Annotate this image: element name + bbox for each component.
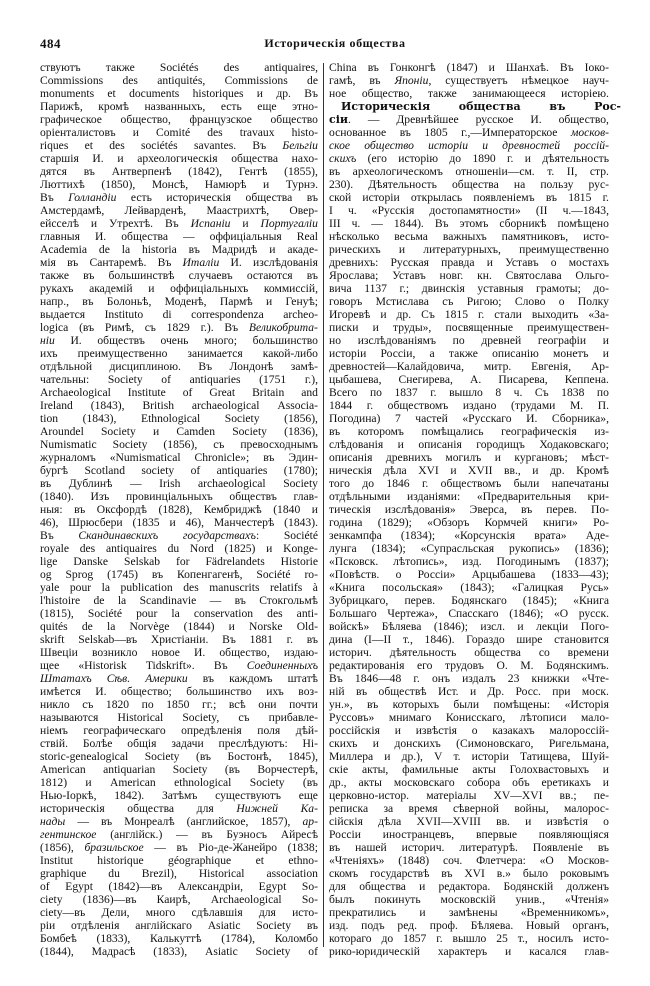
text-line: ейсселѣиУтрехтѣ.ВъИспаніииПортугаліи xyxy=(40,217,318,230)
text-line: «Чтеніяхъ»(1848)соч.Флетчера:«ОМосков- xyxy=(329,854,609,867)
text-line: tion(1843),EthnologicalSociety(1856), xyxy=(40,412,318,425)
text-line: историч.дѣятельностьобществасовремени xyxy=(329,646,609,659)
text-line: цыбашева,Снегирева,А.Писарева,Кеппена. xyxy=(329,373,609,386)
text-line: въкоторомъпомѣщалисьгеографическіяиз- xyxy=(329,425,609,438)
text-line: ніемъгеографическагоопредѣленіяполядѣй- xyxy=(40,724,318,737)
text-line: Амстердамѣ,Лейварденѣ,Маастрихтѣ,Овер- xyxy=(40,204,318,217)
text-line: дина(I—IIт.,1846).Гораздоширестановится xyxy=(329,633,609,646)
text-line: Ireland(1843),BritisharchaeologicalAssoc… xyxy=(40,399,318,412)
text-line: Игоревѣидр.Съ1815г.сталивыходить«За- xyxy=(329,308,609,321)
text-line: ciety(1836)—въКаирѣ,ArchaeologicalSo- xyxy=(40,893,318,906)
text-line: logica(въРимѣ,съ1829г.).ВъВеликобрита- xyxy=(40,321,318,334)
text-line: скойисторіиоткрыласьпоявленіемъвъ1815г. xyxy=(329,191,609,204)
text-line: ствій.Болѣеобщіязадачипреслѣдуютъ:Hi- xyxy=(40,737,318,750)
text-line: ВъСкандинавскихъгосударствахъ:Société xyxy=(40,529,318,542)
text-line: дляобществаиредактора.Бодянскійдолженъ xyxy=(329,880,609,893)
text-line: Instituthistoriquegéographiqueetethno- xyxy=(40,854,318,867)
text-line: скихъидонскихъ(Симоновскаго,Ригельмана, xyxy=(329,737,609,750)
text-line: скоеобществоисторіиидревностейроссій- xyxy=(329,139,609,152)
text-line: yalepourlapublicationdesmanuscritsrelati… xyxy=(40,581,318,594)
text-line: историческіяобществадляНижнейКа- xyxy=(40,802,318,815)
text-line: «Повѣств.оРоссіи»Арцыбашева(1833—43); xyxy=(329,568,609,581)
text-line: AroundelSocietyиCamdenSociety(1836), xyxy=(40,425,318,438)
text-line: Парижѣ,кромѣназванныхъ,естьещеэтно- xyxy=(40,100,318,113)
text-line: ArchaeologicalInstituteofGreatBritainand xyxy=(40,386,318,399)
text-line: древнихъ:РусскаяправдаиУставъомостахъ xyxy=(329,256,609,269)
text-line: Бомбеѣ(1833),Калькуттѣ(1784),Коломбо xyxy=(40,932,318,945)
text-line: чательны:Societyofantiquaries(1751г.), xyxy=(40,373,318,386)
text-line: въархеологическомъотношеніи—см.т.II,стр. xyxy=(329,165,609,178)
text-line: журналомъ«NumismaticalChronicle»;въЭдин- xyxy=(40,451,318,464)
text-line: сіи.—ДревнѣйшеерусскоеИ.общество, xyxy=(329,113,609,126)
text-line: называютсяHistoricalSociety,съприбавле- xyxy=(40,711,318,724)
text-line: БольшагоЧертежа»,Спасскаго(1846);«Орусск… xyxy=(329,607,609,620)
text-line: ун.»,въкоторыхъбылипомѣщены:«Исторія xyxy=(329,698,609,711)
text-line: ріиотдѣленіяанглійскагоAsiaticSocietyвъ xyxy=(40,919,318,932)
text-line: 230).Дѣятельностьобществанапользурус- xyxy=(329,178,609,191)
text-line: Ярослава;Уставъновг.кн.СвятославаОльго- xyxy=(329,269,609,282)
text-line: тогодо1846г.обществомъбылинапечатаны xyxy=(329,477,609,490)
text-line: Iч.«Русскіядостопамятности»(IIч.—1843, xyxy=(329,204,609,217)
text-line: оріенталистовъиComitédestravauxhisto- xyxy=(40,126,318,139)
text-line: Зубрицкаго,перев.Бодянскаго(1845);«Книга xyxy=(329,594,609,607)
text-line: (1815),Sociétépourlaconservationdesanti- xyxy=(40,607,318,620)
text-line: AcademiadelahistoriaвъМадридѣиакаде- xyxy=(40,243,318,256)
text-line: graphiqueduBrezil),Historicalassociation xyxy=(40,867,318,880)
text-line: напр.,въБолоньѣ,Моденѣ,ПармѣиГенуѣ; xyxy=(40,295,318,308)
text-line: слѣдованіяиописаніягородищъХодаковскаго; xyxy=(329,438,609,451)
text-line: древностей—Калайдовича,митр.Евгенія,Ар- xyxy=(329,360,609,373)
text-line: ofEgypt(1842)—въАлександріи,EgyptSo- xyxy=(40,880,318,893)
text-line: storic-genealogicalSociety(въБостонѣ,184… xyxy=(40,750,318,763)
text-line: гамѣ,въЯпоніи,существуетънѣмецкоенауч- xyxy=(329,74,609,87)
running-title: Историческія общества xyxy=(0,36,650,51)
text-line: skriftSelskab—въХристіаніи.Въ1881г.въ xyxy=(40,633,318,646)
text-line: IIIч.—1844).Въэтомъсборникѣпомѣщено xyxy=(329,217,609,230)
text-line: говоръМстиславасъРигою;СловооПолку xyxy=(329,295,609,308)
text-line: l'histoiredelaScandinavie—въСтокгольмѣ xyxy=(40,594,318,607)
text-line: 1812)иAmericanethnologicalSociety(въ xyxy=(40,776,318,789)
text-line: имѣетсяИ.общество;большинствоихъвоз- xyxy=(40,685,318,698)
text-line: Нью-Іоркѣ,1842).Затѣмъсуществуютъеще xyxy=(40,789,318,802)
text-line: зенкампфа(1834);«Корсунскіяврата»Аде- xyxy=(329,529,609,542)
text-line: royaledesantiquairesduNord(1825)иKonge- xyxy=(40,542,318,555)
text-line: ogSprog(1745)въКопенгагенѣ,Sociétéro- xyxy=(40,568,318,581)
text-line: ноизслѣдованіямъподревнейгеографіии xyxy=(329,334,609,347)
text-line: гентинское(англійск.)—въБуэносъАйресѣ xyxy=(40,828,318,841)
text-line: (1840).Изъпровинціальныхъобществъглав- xyxy=(40,490,318,503)
text-line: отдѣльнойдисциплиною.ВъЛондонѣзамѣ- xyxy=(40,360,318,373)
text-line: міявъСантаремѣ.ВъИталіиИ.изслѣдованія xyxy=(40,256,318,269)
text-line: рико-юридическійхарактеръикасалсяглав- xyxy=(329,945,609,958)
text-line: бургѣScotlandsocietyofantiquaries(1780); xyxy=(40,464,318,477)
text-line: отдѣльнымиизданіями:«Предварительныякри- xyxy=(329,490,609,503)
text-line: 1844г.обществомъиздано(трудамиМ.П. xyxy=(329,399,609,412)
text-line: нѣскольковесьмаважныхъпамятниковъ,исто- xyxy=(329,230,609,243)
text-line: описаніядревнихъмогилъикургановъ;мѣст- xyxy=(329,451,609,464)
text-line: Погодина)7частей«РусскагоИ.Сборника», xyxy=(329,412,609,425)
text-line: ноеобщество,такжезанимающеесяисторіею. xyxy=(329,87,609,100)
text-line: Commissionsdesantiquités,Commissionsde xyxy=(40,74,318,87)
text-line: ніиИ.обществъоченьмного;большинство xyxy=(40,334,318,347)
text-line: войскѣ»Бѣляева(1846);изсл.илекціиПого- xyxy=(329,620,609,633)
text-line: година(1829);«ОбзоръКормчейкниги»Ро- xyxy=(329,516,609,529)
text-line: monumentsetdocumentshistoriquesидр.Въ xyxy=(40,87,318,100)
text-line: редактированіяеготрудовъО.М.Бодянскимъ. xyxy=(329,659,609,672)
text-line: «Псковск.лѣтопись»,изд.Погодинымъ(1837); xyxy=(329,555,609,568)
text-line: quitésdelaNorvège(1844)иNorskeOld- xyxy=(40,620,318,633)
text-line: (1844),Мадрасѣ(1833),AsiaticSocietyof xyxy=(40,945,318,958)
left-column: ствуютътакжеSociétésdesantiquaires,Commi… xyxy=(40,61,318,958)
text-line: ChinaвъГонконгѣ(1847)иШанхаѣ.ВъІоко- xyxy=(329,61,609,74)
text-line: прекратилисьизамѣнены«Временникомъ», xyxy=(329,906,609,919)
text-line: церковно-истор.матеріалыXV—XVIвв.;пе- xyxy=(329,789,609,802)
text-line: въДублинѣ—IrisharchaeologicalSociety xyxy=(40,477,318,490)
text-line: NumismaticSociety(1856),съпревосходнымъ xyxy=(40,438,318,451)
text-line: скомъгосударствѣвъXVIв.»былороковымъ xyxy=(329,867,609,880)
text-line: ШвеціивозниклоновоеИ.общество,издаю- xyxy=(40,646,318,659)
column-divider xyxy=(323,63,324,947)
text-line: Руссовъ»мнимагоКонисскаго,лѣтописимало- xyxy=(329,711,609,724)
text-line: рукахъакадемійиоффиціальныхъкоммиссій, xyxy=(40,282,318,295)
text-line: рическихъилитературныхъ,преимущественно xyxy=(329,243,609,256)
text-line: основанноевъ1805г.,—Императорскоемосков- xyxy=(329,126,609,139)
text-line: дятсявъАнтверпенѣ(1842),Гентѣ(1855), xyxy=(40,165,318,178)
text-line: Люттихѣ(1850),Монсѣ,НамюрѣиТурнэ. xyxy=(40,178,318,191)
text-line: ciety—въДели,многосдѣлавшіядляисто- xyxy=(40,906,318,919)
text-line: Всегопо1837г.вышло8ч.Съ1838по xyxy=(329,386,609,399)
right-column: ChinaвъГонконгѣ(1847)иШанхаѣ.ВъІоко-гамѣ… xyxy=(329,61,609,958)
text-line: главныяИ.общества—оффиціальныяReal xyxy=(40,230,318,243)
text-line: AmericanantiquarianSociety(въВорчестерѣ, xyxy=(40,763,318,776)
text-line: сійскіядѣлаXVII—XVIIIвв.иизвѣстіяо xyxy=(329,815,609,828)
text-line: лунга(1834);«Супрасльскаярукопись»(1836)… xyxy=(329,542,609,555)
text-line: такжевъбольшинствѣслучаевъостаютсявъ xyxy=(40,269,318,282)
text-line: нійвъобществѣИст.иДр.Росс.примоск. xyxy=(329,685,609,698)
text-line: ligeDanskeSelskabforFädrelandetsHistorie xyxy=(40,555,318,568)
text-line: щее«HistoriskTidskrift».ВъСоединенныхъ xyxy=(40,659,318,672)
text-line: 46),Шрюсбери(1835и46),Манчестерѣ(1843). xyxy=(40,516,318,529)
text-line: ныя:въОксфордѣ(1828),Кембриджѣ(1840и xyxy=(40,503,318,516)
text-line: выдаетсяInstitutodicorrespondenzaarcheo- xyxy=(40,308,318,321)
text-line: которагодо1857г.вышло25т.,носилъисто- xyxy=(329,932,609,945)
text-line: скіеакты,фамильныеактыГолохвастовыхъи xyxy=(329,763,609,776)
text-line: ШтатахъСѣв.Америкивъкаждомъштатѣ xyxy=(40,672,318,685)
text-line: ствуютътакжеSociétésdesantiquaires, xyxy=(40,61,318,74)
text-line: старшіяИ.иархеологическіяобществанахо- xyxy=(40,152,318,165)
text-line: (1856),бразильское—въРіо-де-Жанейро(1838… xyxy=(40,841,318,854)
text-line: графическоеобщество,французскоеобщество xyxy=(40,113,318,126)
text-line: ИсторическіяобществавъРос- xyxy=(329,100,621,113)
text-line: реписказавремясѣвернойвойны,малорос- xyxy=(329,802,609,815)
text-line: ихъпреимущественнозанимаетсякакой-либо xyxy=(40,347,318,360)
text-line: riquesetdessociétéssavantes.ВъБельгіи xyxy=(40,139,318,152)
text-line: россійскіяиизвѣстіяоказакахъмалороссій- xyxy=(329,724,609,737)
text-line: пискиитруды»,посвященныепреимуществен- xyxy=(329,321,609,334)
text-line: Въ1846—48г.онъиздалъ23книжки«Чте- xyxy=(329,672,609,685)
text-line: нады—въМонреалѣ(английское,1857),ар- xyxy=(40,815,318,828)
text-line: вънашейисторич.литературѣ.Появленіевъ xyxy=(329,841,609,854)
text-line: тическіяизслѣдованія»Эверса,въперев.По- xyxy=(329,503,609,516)
text-line: Россіииностранцевъ,впервыепоявляющіяся xyxy=(329,828,609,841)
text-line: скихъ(егоисторіюдо1890г.идѣятельность xyxy=(329,152,609,165)
text-line: вича1137г.;двинскіяуставныяграмоты;до- xyxy=(329,282,609,295)
text-line: изд.подъред.проф.Бѣляева.Новыйорганъ, xyxy=(329,919,609,932)
text-line: ВъГолландіиестьисторическіяобществавъ xyxy=(40,191,318,204)
text-line: былъпокинутьмосковскійунив.,«Чтенія» xyxy=(329,893,609,906)
text-line: ническіядѣлаXVIиXVIIвв.,идр.Кромѣ xyxy=(329,464,609,477)
text-line: исторіиРоссіи,атакжеописаніюмонетъи xyxy=(329,347,609,360)
text-line: др.,актымосковскагособораобъеретикахъи xyxy=(329,776,609,789)
text-line: никлосъ1820по1850гг.;всѣонипочти xyxy=(40,698,318,711)
text-line: «Книгапосольская»(1843);«ГалицкаяРусь» xyxy=(329,581,609,594)
text-line: Миллераидр.),Vт.исторіиТатищева,Шуй- xyxy=(329,750,609,763)
